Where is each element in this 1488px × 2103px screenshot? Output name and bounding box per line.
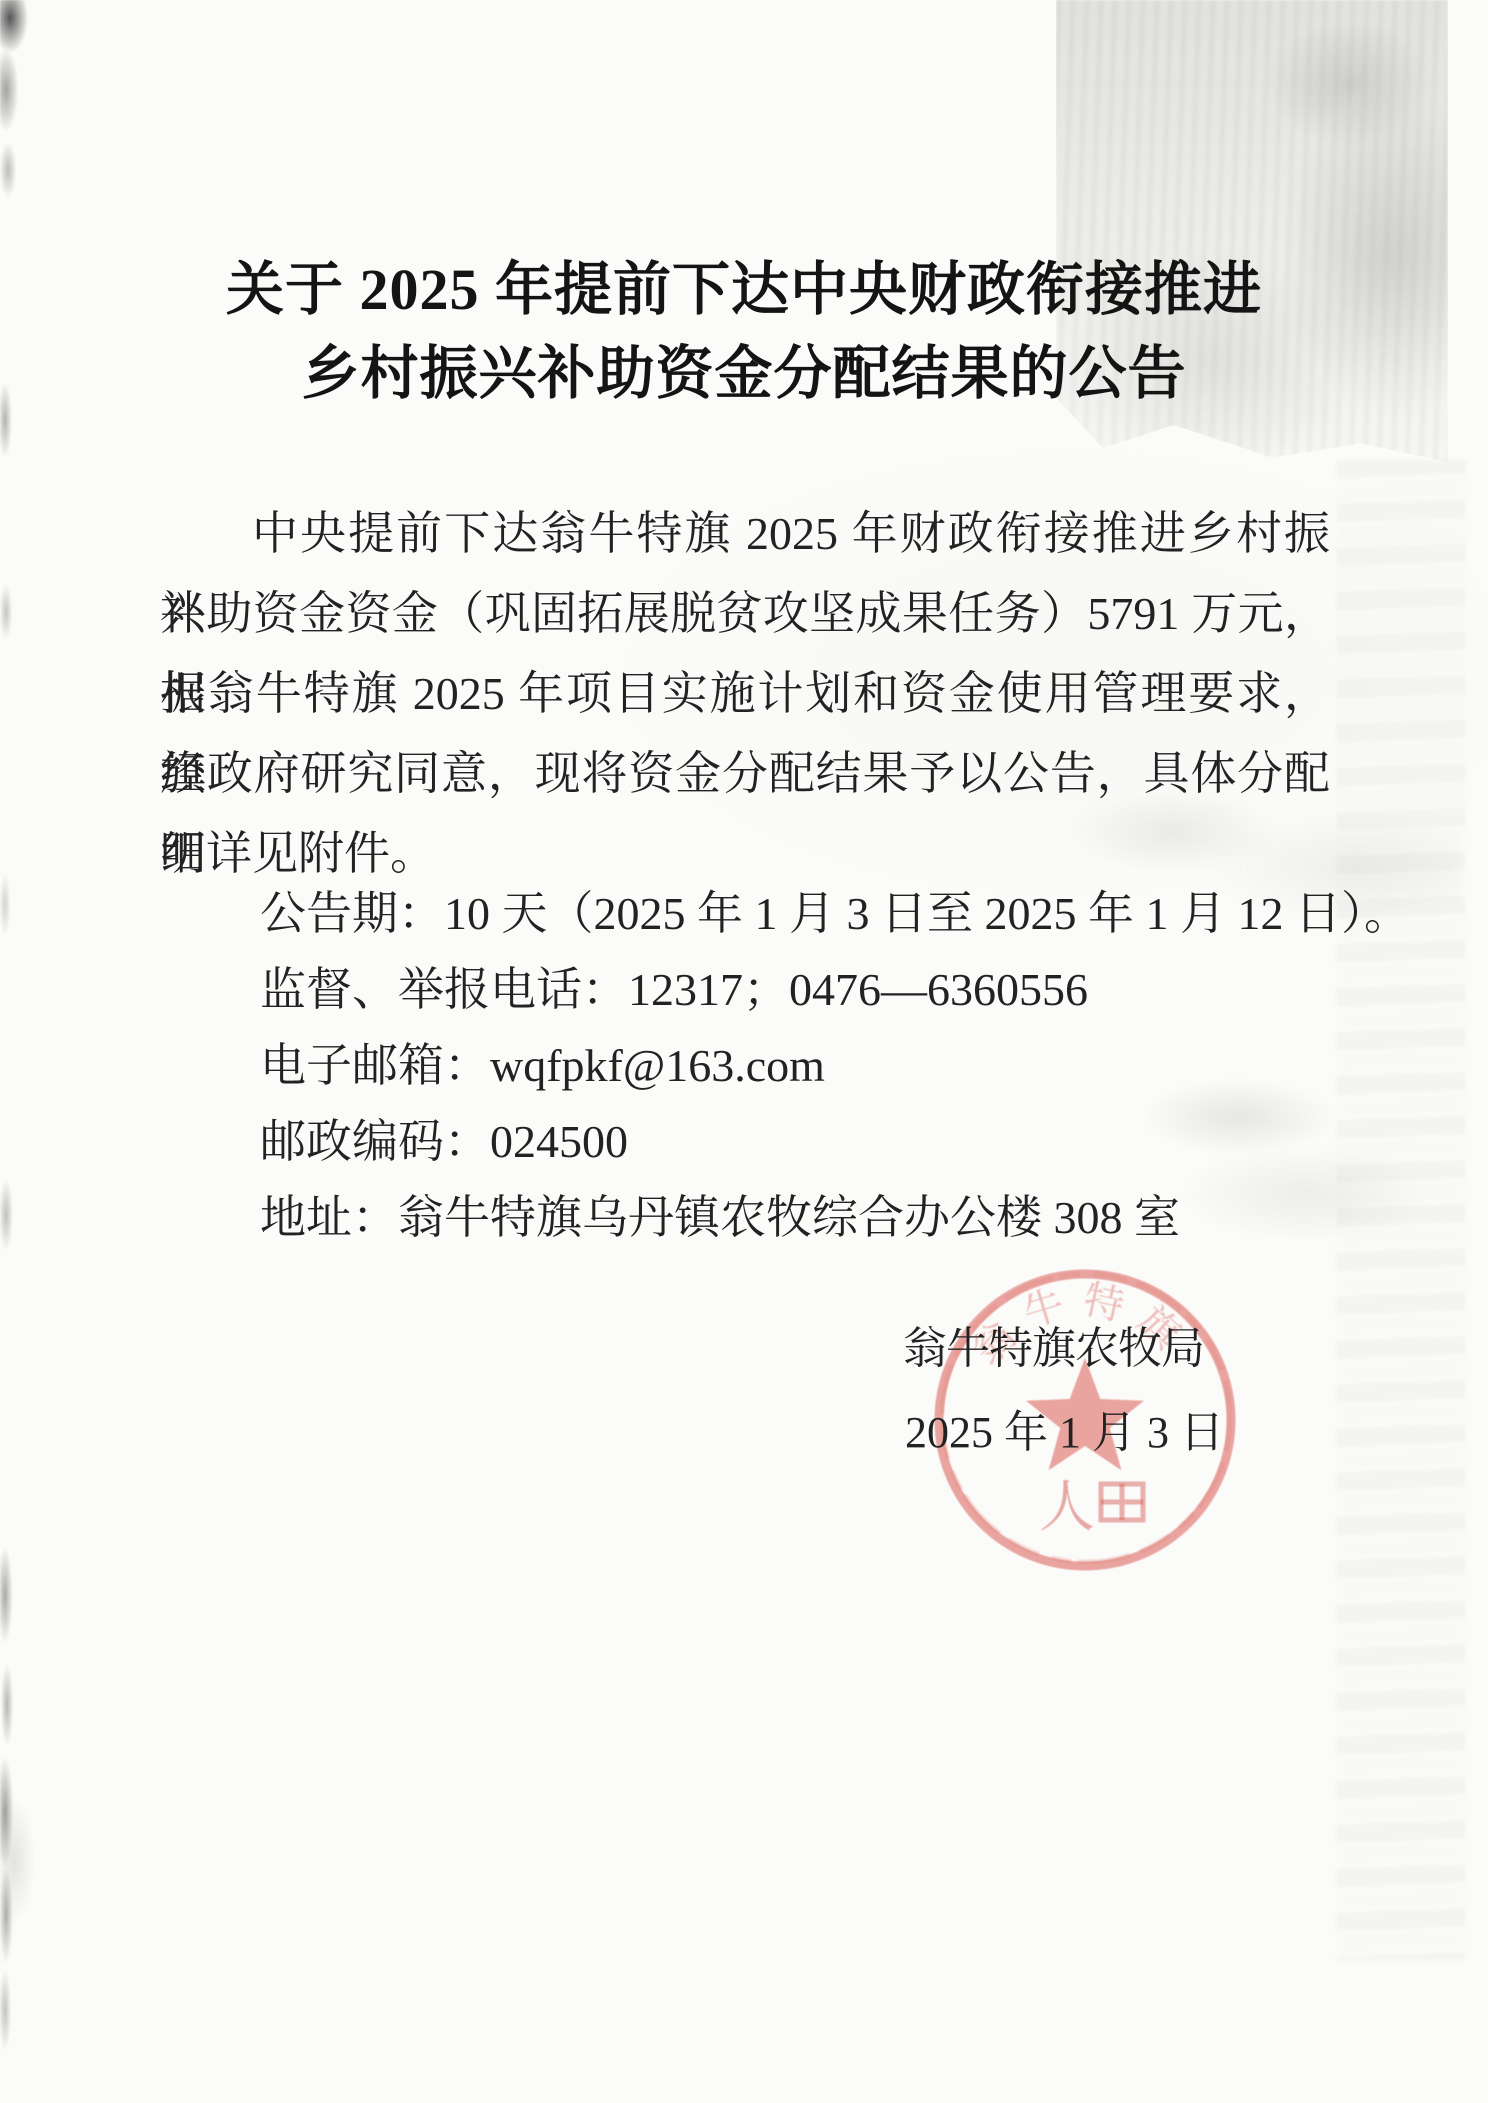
body-line: 中央提前下达翁牛特旗 2025 年财政衔接推进乡村振兴 <box>160 494 1330 574</box>
doc-body-paragraph: 中央提前下达翁牛特旗 2025 年财政衔接推进乡村振兴 补助资金资金（巩固拓展脱… <box>160 494 1330 894</box>
seal-bottom-text: 人 <box>1039 1477 1095 1539</box>
body-line: 旗政府研究同意，现将资金分配结果予以公告，具体分配明 <box>160 734 1330 814</box>
hotline-line: 监督、举报电话：12317；0476—6360556 <box>160 952 1440 1028</box>
signature-date: 2025 年 1 月 3 日 <box>905 1396 1224 1460</box>
doc-title-line2: 乡村振兴补助资金分配结果的公告 <box>0 332 1488 416</box>
address-line: 地址：翁牛特旗乌丹镇农牧综合办公楼 308 室 <box>160 1180 1440 1256</box>
scanned-announcement-page: 关于 2025 年提前下达中央财政衔接推进 乡村振兴补助资金分配结果的公告 中央… <box>0 0 1488 2103</box>
email-line: 电子邮箱：wqfpkf@163.com <box>160 1028 1440 1104</box>
doc-title: 关于 2025 年提前下达中央财政衔接推进 乡村振兴补助资金分配结果的公告 <box>0 248 1488 416</box>
doc-title-line1: 关于 2025 年提前下达中央财政衔接推进 <box>0 248 1488 332</box>
body-line: 补助资金资金（巩固拓展脱贫攻坚成果任务）5791 万元，根 <box>160 574 1330 654</box>
seal-bottom-glyph-smudge <box>1101 1484 1143 1520</box>
body-line: 据翁牛特旗 2025 年项目实施计划和资金使用管理要求，经 <box>160 654 1330 734</box>
signature-name: 翁牛特旗农牧局 <box>903 1312 1204 1376</box>
notice-period-line: 公告期：10 天（2025 年 1 月 3 日至 2025 年 1 月 12 日… <box>160 876 1440 952</box>
postcode-line: 邮政编码：024500 <box>160 1104 1440 1180</box>
doc-contact-block: 公告期：10 天（2025 年 1 月 3 日至 2025 年 1 月 12 日… <box>160 876 1440 1256</box>
